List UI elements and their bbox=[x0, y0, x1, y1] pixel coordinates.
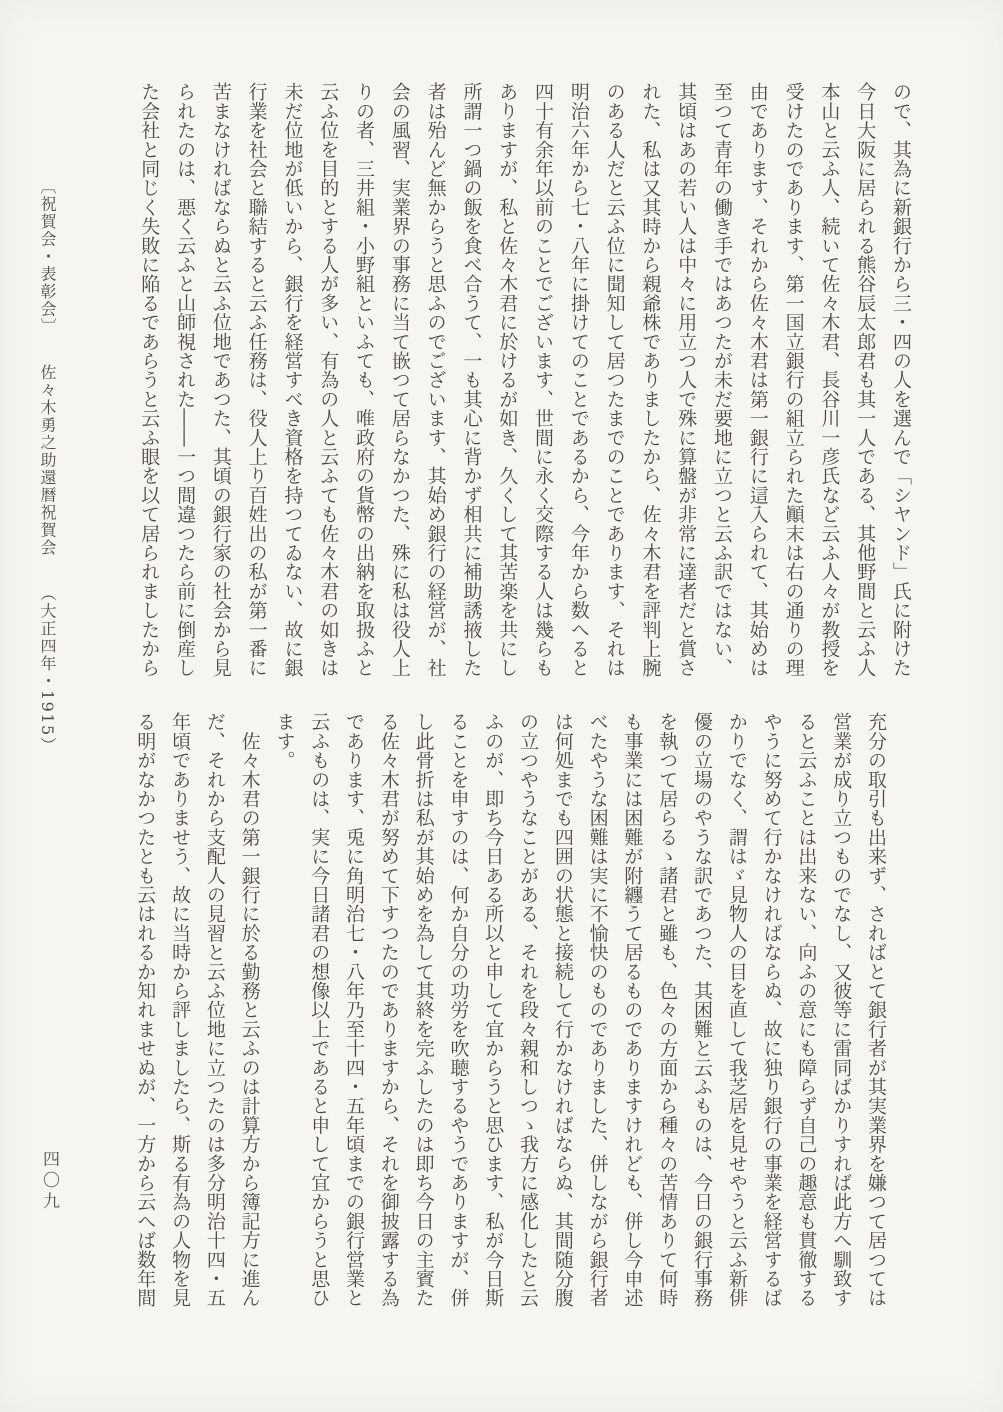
text-column: であります、兎に角明治七・八年乃至十四・五年頃までの銀行営業と bbox=[336, 712, 371, 1316]
text-column: 所謂一つ鍋の飯を食べ合うて、一も其心に背かず相共に補助誘掖した bbox=[453, 82, 489, 686]
text-column: 明治六年から七・八年に掛けてのことであるから、今年から数へると bbox=[560, 82, 596, 686]
text-column: 由であります、それから佐々木君は第一銀行に這入られて、其始めは bbox=[739, 82, 775, 686]
text-column: ありますが、私と佐々木君に於けるが如き、久くして其苦楽を共にし bbox=[488, 82, 524, 686]
text-column: 至つて青年の働き手ではあつたが未だ要地に立つと云ふ訳ではない、 bbox=[703, 82, 739, 686]
text-column: 云ふものは、実に今日諸君の想像以上であると申して宜からうと思ひ bbox=[301, 712, 336, 1316]
text-column: 云ふ位を目的とする人が多い、有為の人と云ふても佐々木君の如きは bbox=[309, 82, 345, 686]
text-column: りの者、三井組・小野組といふても、唯政府の貨幣の出納を取扱ふと bbox=[345, 82, 381, 686]
text-column: 本山と云ふ人、続いて佐々木君、長谷川一彦氏など云ふ人々が教授を bbox=[811, 82, 847, 686]
text-column: 佐々木君の第一銀行に於る勤務と云ふのは計算方から簿記方に進ん bbox=[232, 712, 267, 1316]
text-column: る明がなかつたとも云はれるか知れませぬが、一方から云へば数年間 bbox=[127, 712, 162, 1316]
text-column: 会の風習、実業界の事務に当て嵌つて居らなかつた、殊に私は役人上 bbox=[381, 82, 417, 686]
text-column: だ、それから支配人の見習と云ふ位地に立つたのは多分明治十四・五 bbox=[197, 712, 232, 1316]
text-column: は何処までも四囲の状態と接続して行かなければならぬ、其間随分腹 bbox=[545, 712, 580, 1316]
text-column: し此骨折は私が其始めを為して其終を完ふしたのは即ち今日の主賓た bbox=[406, 712, 441, 1316]
book-page: 〔祝賀会・表彰会〕 佐々木勇之助還暦祝賀会 （大正四年・1915） ので、其為に… bbox=[0, 0, 1003, 1412]
text-column: ます。 bbox=[267, 712, 302, 1316]
text-column: 年頃でありませう、故に当時から評しましたら、斯る有為の人物を見 bbox=[162, 712, 197, 1316]
text-column: 其頃はあの若い人は中々に用立つ人で殊に算盤が非常に達者だと賞さ bbox=[667, 82, 703, 686]
text-column: 行業を社会と聯結すると云ふ任務は、役人上り百姓出の私が第一番に bbox=[238, 82, 274, 686]
text-column: やうに努めて行かなければならぬ、故に独り銀行の事業を経営するば bbox=[754, 712, 789, 1316]
text-column: れた、私は又其時から親爺株でありましたから、佐々木君を評判上腕 bbox=[632, 82, 668, 686]
text-column: を執つて居らるゝ諸君と雖も、色々の方面から種々の苦情ありて何時 bbox=[649, 712, 684, 1316]
text-column: 充分の取引も出来ず、さればとて銀行者が其実業界を嫌つて居つては bbox=[858, 712, 893, 1316]
text-column: の立つやうなことがある、それを段々親和しつゝ我方に感化したと云 bbox=[510, 712, 545, 1316]
page-number: 四〇九 bbox=[37, 1150, 62, 1213]
text-column: 今日大阪に居られる熊谷辰太郎君も其一人である、其他野間と云ふ人 bbox=[846, 82, 882, 686]
text-column: 四十有余年以前のことでございます、世間に永く交際する人は幾らも bbox=[524, 82, 560, 686]
running-title-text: 佐々木勇之助還暦祝賀会 bbox=[36, 364, 59, 557]
text-column: 営業が成り立つものでなし、又彼等に雷同ばかりすれば此方へ馴致す bbox=[823, 712, 858, 1316]
text-column: ることを申すのは、何か自分の功労を吹聴するやうでありますが、併 bbox=[441, 712, 476, 1316]
text-column: のある人だと云ふ位に聞知して居つたまでのことであります、それは bbox=[596, 82, 632, 686]
text-column: かりでなく、謂はゞ見物人の目を直して我芝居を見せやうと云ふ新俳 bbox=[719, 712, 754, 1316]
text-column: 未だ位地が低いから、銀行を経営すべき資格を持つてゐない、故に銀 bbox=[274, 82, 310, 686]
text-column: ので、其為に新銀行から三・四の人を選んで「シヤンド」氏に附けた bbox=[882, 82, 918, 686]
running-title-date: （大正四年・1915） bbox=[36, 585, 59, 754]
upper-text-block: ので、其為に新銀行から三・四の人を選んで「シヤンド」氏に附けた今日大阪に居られる… bbox=[130, 82, 918, 686]
text-column: ふのが、即ち今日ある所以と申して宜からうと思ひます、私が今日斯 bbox=[475, 712, 510, 1316]
running-title: 〔祝賀会・表彰会〕 佐々木勇之助還暦祝賀会 （大正四年・1915） bbox=[36, 178, 59, 754]
text-column: ると云ふことは出来ない、向ふの意にも障らず自己の趣意も貫徹する bbox=[789, 712, 824, 1316]
lower-text-block: 充分の取引も出来ず、さればとて銀行者が其実業界を嫌つて居つては営業が成り立つもの… bbox=[127, 712, 893, 1316]
text-column: べたやうな困難は実に不愉快のものでありました、併しながら銀行者 bbox=[580, 712, 615, 1316]
text-column: た会社と同じく失敗に陥るであらうと云ふ眼を以て居られましたから bbox=[130, 82, 166, 686]
text-column: 苦まなければならぬと云ふ位地であつた、其頃の銀行家の社会から見 bbox=[202, 82, 238, 686]
text-column: られたのは、悪く云ふと山師視された――一つ間違つたら前に倒産し bbox=[166, 82, 202, 686]
text-column: 優の立場のやうな訳であつた、其困難と云ふものは、今日の銀行事務 bbox=[684, 712, 719, 1316]
text-column: 受けたのであります、第一国立銀行の組立られた顚末は右の通りの理 bbox=[775, 82, 811, 686]
text-column: る佐々木君が努めて下すつたのでありますから、それを御披露する為 bbox=[371, 712, 406, 1316]
text-column: 者は殆んど無からうと思ふのでございます、其始め銀行の経営が、社 bbox=[417, 82, 453, 686]
running-title-section: 〔祝賀会・表彰会〕 bbox=[36, 178, 59, 336]
text-column: も事業には困難が附纏うて居るものでありますけれども、併し今申述 bbox=[615, 712, 650, 1316]
